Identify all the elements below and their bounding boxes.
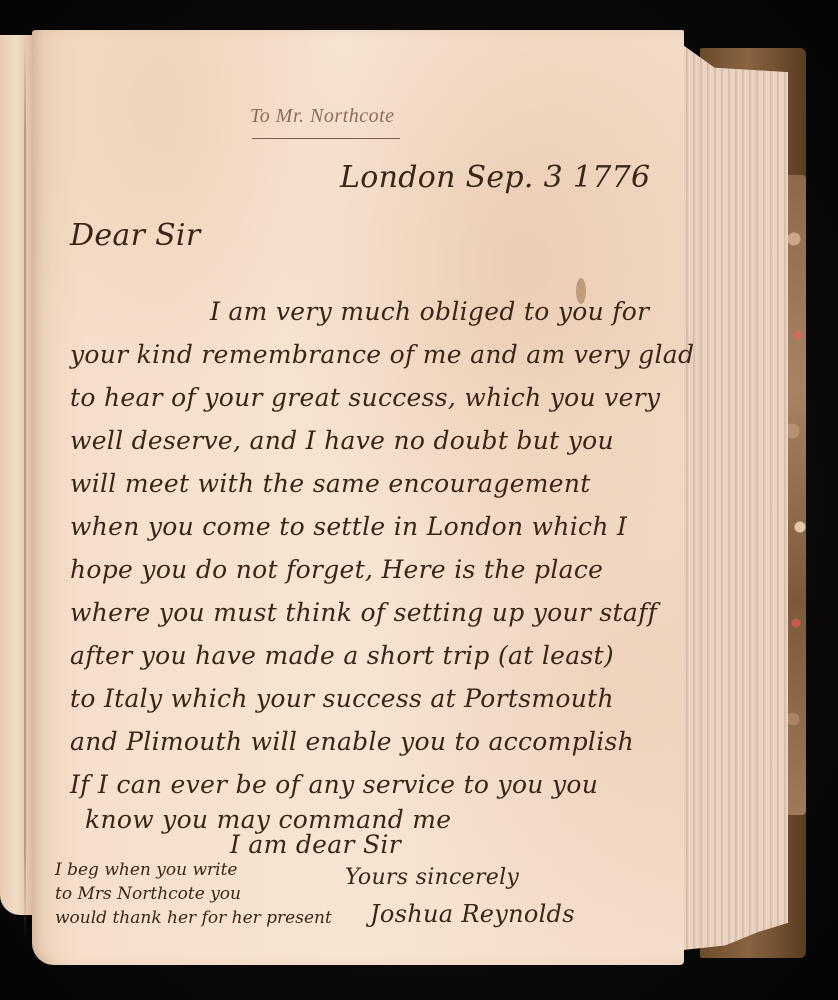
- letter-line: to Italy which your success at Portsmout…: [70, 684, 614, 713]
- previous-page-leaf: [0, 35, 34, 915]
- salutation: Dear Sir: [70, 218, 200, 253]
- letter-line: where you must think of setting up your …: [70, 598, 657, 627]
- letter-line: I am very much obliged to you for: [210, 297, 649, 326]
- signature: Joshua Reynolds: [370, 900, 575, 928]
- postscript: I beg when you write to Mrs Northcote yo…: [55, 858, 332, 930]
- book-photo-scene: To Mr. Northcote London Sep. 3 1776 Dear…: [0, 0, 838, 1000]
- place-and-date: London Sep. 3 1776: [340, 160, 650, 195]
- postscript-line: I beg when you write: [55, 858, 332, 882]
- closing-phrase: I am dear Sir: [230, 830, 401, 859]
- marbled-endpaper: [786, 175, 806, 815]
- book-gutter: [24, 40, 26, 940]
- printed-heading: To Mr. Northcote: [250, 105, 395, 128]
- valediction: Yours sincerely: [345, 865, 519, 890]
- letter-line: after you have made a short trip (at lea…: [70, 641, 614, 670]
- letter-line: when you come to settle in London which …: [70, 512, 627, 541]
- letter-line: hope you do not forget, Here is the plac…: [70, 555, 603, 584]
- letter-line: to hear of your great success, which you…: [70, 383, 660, 412]
- heading-underline: [252, 138, 400, 139]
- page-block-edges: [683, 45, 788, 950]
- postscript-line: to Mrs Northcote you: [55, 882, 332, 906]
- letter-line: well deserve, and I have no doubt but yo…: [70, 426, 614, 455]
- letter-line: If I can ever be of any service to you y…: [70, 770, 598, 799]
- postscript-line: would thank her for her present: [55, 906, 332, 930]
- letter-line: your kind remembrance of me and am very …: [70, 340, 694, 369]
- letter-line: and Plimouth will enable you to accompli…: [70, 727, 634, 756]
- letter-line: will meet with the same encouragement: [70, 469, 591, 498]
